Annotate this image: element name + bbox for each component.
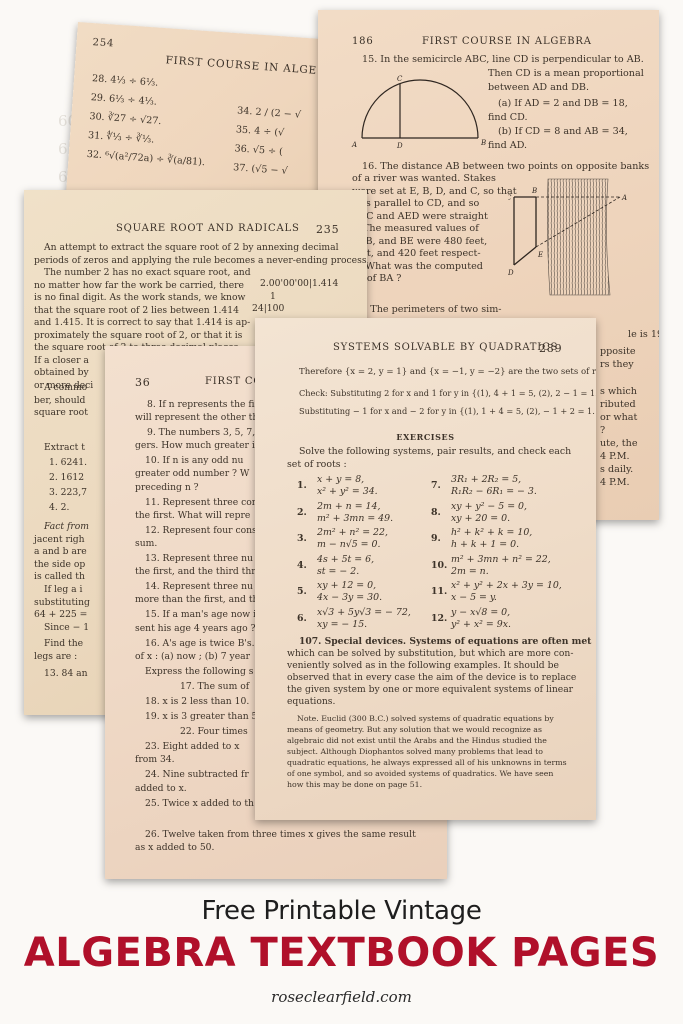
exercise-item: 7.3R₁ + 2R₂ = 5,R₁R₂ − 6R₁ = − 3. xyxy=(431,474,571,498)
therefore-line: Therefore {x = 2, y = 1} and {x = −1, y … xyxy=(299,365,596,379)
exercise-equations: xy + 12 = 0,4x − 3y = 30. xyxy=(317,580,382,604)
note-paragraph: Note. Euclid (300 B.C.) solved systems o… xyxy=(287,713,567,790)
page-header: FIRST COURSE IN ALGE xyxy=(165,54,317,77)
problem-16-line: 16. The distance AB between two points o… xyxy=(362,160,649,174)
page-number: 186 xyxy=(352,36,374,47)
exercise-number: 4. xyxy=(297,560,307,572)
exercise-number: 5. xyxy=(297,586,307,598)
subtitle: Free Printable Vintage xyxy=(0,896,683,926)
exercise-item: 1.x + y = 8,x² + y² = 34. xyxy=(297,474,437,498)
website-link[interactable]: roseclearfield.com xyxy=(0,988,683,1006)
exercise-number: 8. xyxy=(431,507,441,519)
check-lines: Check: Substituting 2 for x and 1 for y … xyxy=(299,384,596,420)
exercise-equations: m² + 3mn + n² = 22,2m = n. xyxy=(451,554,551,578)
fact-paragraph: Fact from jacent righ a and b are the si… xyxy=(34,521,90,680)
textbook-page-289: SYSTEMS SOLVABLE BY QUADRATICS 289 There… xyxy=(255,318,596,820)
exercise-number: 11. xyxy=(431,586,447,598)
exercise-number: 12. xyxy=(431,613,447,625)
exercise-item: 2.2m + n = 14,m² + 3mn = 49. xyxy=(297,501,437,525)
problem-15-text: Then CD is a mean proportional between A… xyxy=(488,67,644,153)
exercise-equations: h² + k² + k = 10,h + k + 1 = 0. xyxy=(451,527,532,551)
paragraph-common: A commo ber, should square root xyxy=(34,382,88,420)
svg-text:B: B xyxy=(531,187,537,195)
problem-26: 26. Twelve taken from three times x give… xyxy=(135,828,416,854)
exercise-item: 12.y − x√8 = 0,y² + x² = 9x. xyxy=(431,607,571,631)
river-figure: C B A E D xyxy=(508,175,648,300)
page-header: FIRST CO xyxy=(205,376,262,387)
exercise-item: 3.2m² + n² = 22,m − n√5 = 0. xyxy=(297,527,437,551)
exercise-item: 5.xy + 12 = 0,4x − 3y = 30. xyxy=(297,580,437,604)
extract-exercises: Extract t 1. 6241. 2. 1612 3. 223,7 4. 2… xyxy=(44,440,87,515)
exercise-equations: 2m + n = 14,m² + 3mn = 49. xyxy=(317,501,393,525)
svg-text:A: A xyxy=(621,194,627,202)
exercise-number: 2. xyxy=(297,507,307,519)
exercise-item: 8.xy + y² − 5 = 0,xy + 20 = 0. xyxy=(431,501,571,525)
page-number: 254 xyxy=(92,37,114,49)
exercises-heading: EXERCISES xyxy=(255,430,596,444)
exercise-equations: 4s + 5t = 6,st = − 2. xyxy=(317,554,374,578)
square-root-computation: 2.00'00'00|1.414 1 24|100 xyxy=(252,278,338,316)
exercise-number: 6. xyxy=(297,613,307,625)
exercise-list: 28. 4⅓ ÷ 6⅓. 29. 6⅓ ÷ 4⅓. 30. ∛27 ÷ √27.… xyxy=(86,69,211,172)
exercise-item: 4.4s + 5t = 6,st = − 2. xyxy=(297,554,437,578)
exercise-equations: x² + y² + 2x + 3y = 10,x − 5 = y. xyxy=(451,580,562,604)
svg-text:A: A xyxy=(351,141,357,149)
page-header: FIRST COURSE IN ALGEBRA xyxy=(422,36,592,47)
exercise-equations: y − x√8 = 0,y² + x² = 9x. xyxy=(451,607,511,631)
exercise-equations: xy + y² − 5 = 0,xy + 20 = 0. xyxy=(451,501,527,525)
svg-text:C: C xyxy=(397,75,403,83)
problem-17-end: le is 19. xyxy=(628,328,659,342)
section-107: 107. Special devices. Systems of equatio… xyxy=(287,636,591,708)
exercise-instructions: Solve the following systems, pair result… xyxy=(287,445,571,471)
exercise-number: 9. xyxy=(431,533,441,545)
page-number: 235 xyxy=(316,223,339,236)
exercise-item: 9.h² + k² + k = 10,h + k + 1 = 0. xyxy=(431,527,571,551)
exercise-item: 11.x² + y² + 2x + 3y = 10,x − 5 = y. xyxy=(431,580,571,604)
exercise-equations: x + y = 8,x² + y² = 34. xyxy=(317,474,378,498)
exercise-number: 10. xyxy=(431,560,447,572)
problem-16-text: of a river was wanted. Stakes were set a… xyxy=(352,173,517,286)
exercise-number: 7. xyxy=(431,480,441,492)
exercise-number: 1. xyxy=(297,480,307,492)
exercise-equations: x√3 + 5y√3 = − 72,xy = − 15. xyxy=(317,607,411,631)
exercise-equations: 3R₁ + 2R₂ = 5,R₁R₂ − 6R₁ = − 3. xyxy=(451,474,537,498)
intro-paragraph: An attempt to extract the square root of… xyxy=(34,242,367,267)
svg-text:B: B xyxy=(480,139,486,147)
exercise-item: 6.x√3 + 5y√3 = − 72,xy = − 15. xyxy=(297,607,437,631)
svg-text:E: E xyxy=(537,251,543,259)
right-edge-text: pposite rs they s which ributed or what … xyxy=(600,345,638,489)
exercise-list: 8. If n represents the fi will represent… xyxy=(135,398,258,810)
svg-text:C: C xyxy=(508,194,512,202)
exercise-number: 3. xyxy=(297,533,307,545)
page-header: SQUARE ROOT AND RADICALS xyxy=(116,223,300,234)
problem-15-line: 15. In the semicircle ABC, line CD is pe… xyxy=(362,53,644,67)
main-title: ALGEBRA TEXTBOOK PAGES xyxy=(0,930,683,976)
page-number: 36 xyxy=(135,376,151,389)
exercise-equations: 2m² + n² = 22,m − n√5 = 0. xyxy=(317,527,388,551)
svg-text:D: D xyxy=(396,142,403,150)
page-number: 289 xyxy=(539,342,562,355)
exercise-line: 37. (√5 − √ xyxy=(233,158,298,181)
exercise-list-right: 34. 2 / (2 − √ 35. 4 ÷ (√ 36. √5 ÷ ( 37.… xyxy=(233,101,302,181)
semicircle-figure: A C D B xyxy=(348,70,488,150)
page-header: SYSTEMS SOLVABLE BY QUADRATICS xyxy=(333,342,558,353)
exercise-item: 10.m² + 3mn + n² = 22,2m = n. xyxy=(431,554,571,578)
svg-text:D: D xyxy=(508,269,514,277)
